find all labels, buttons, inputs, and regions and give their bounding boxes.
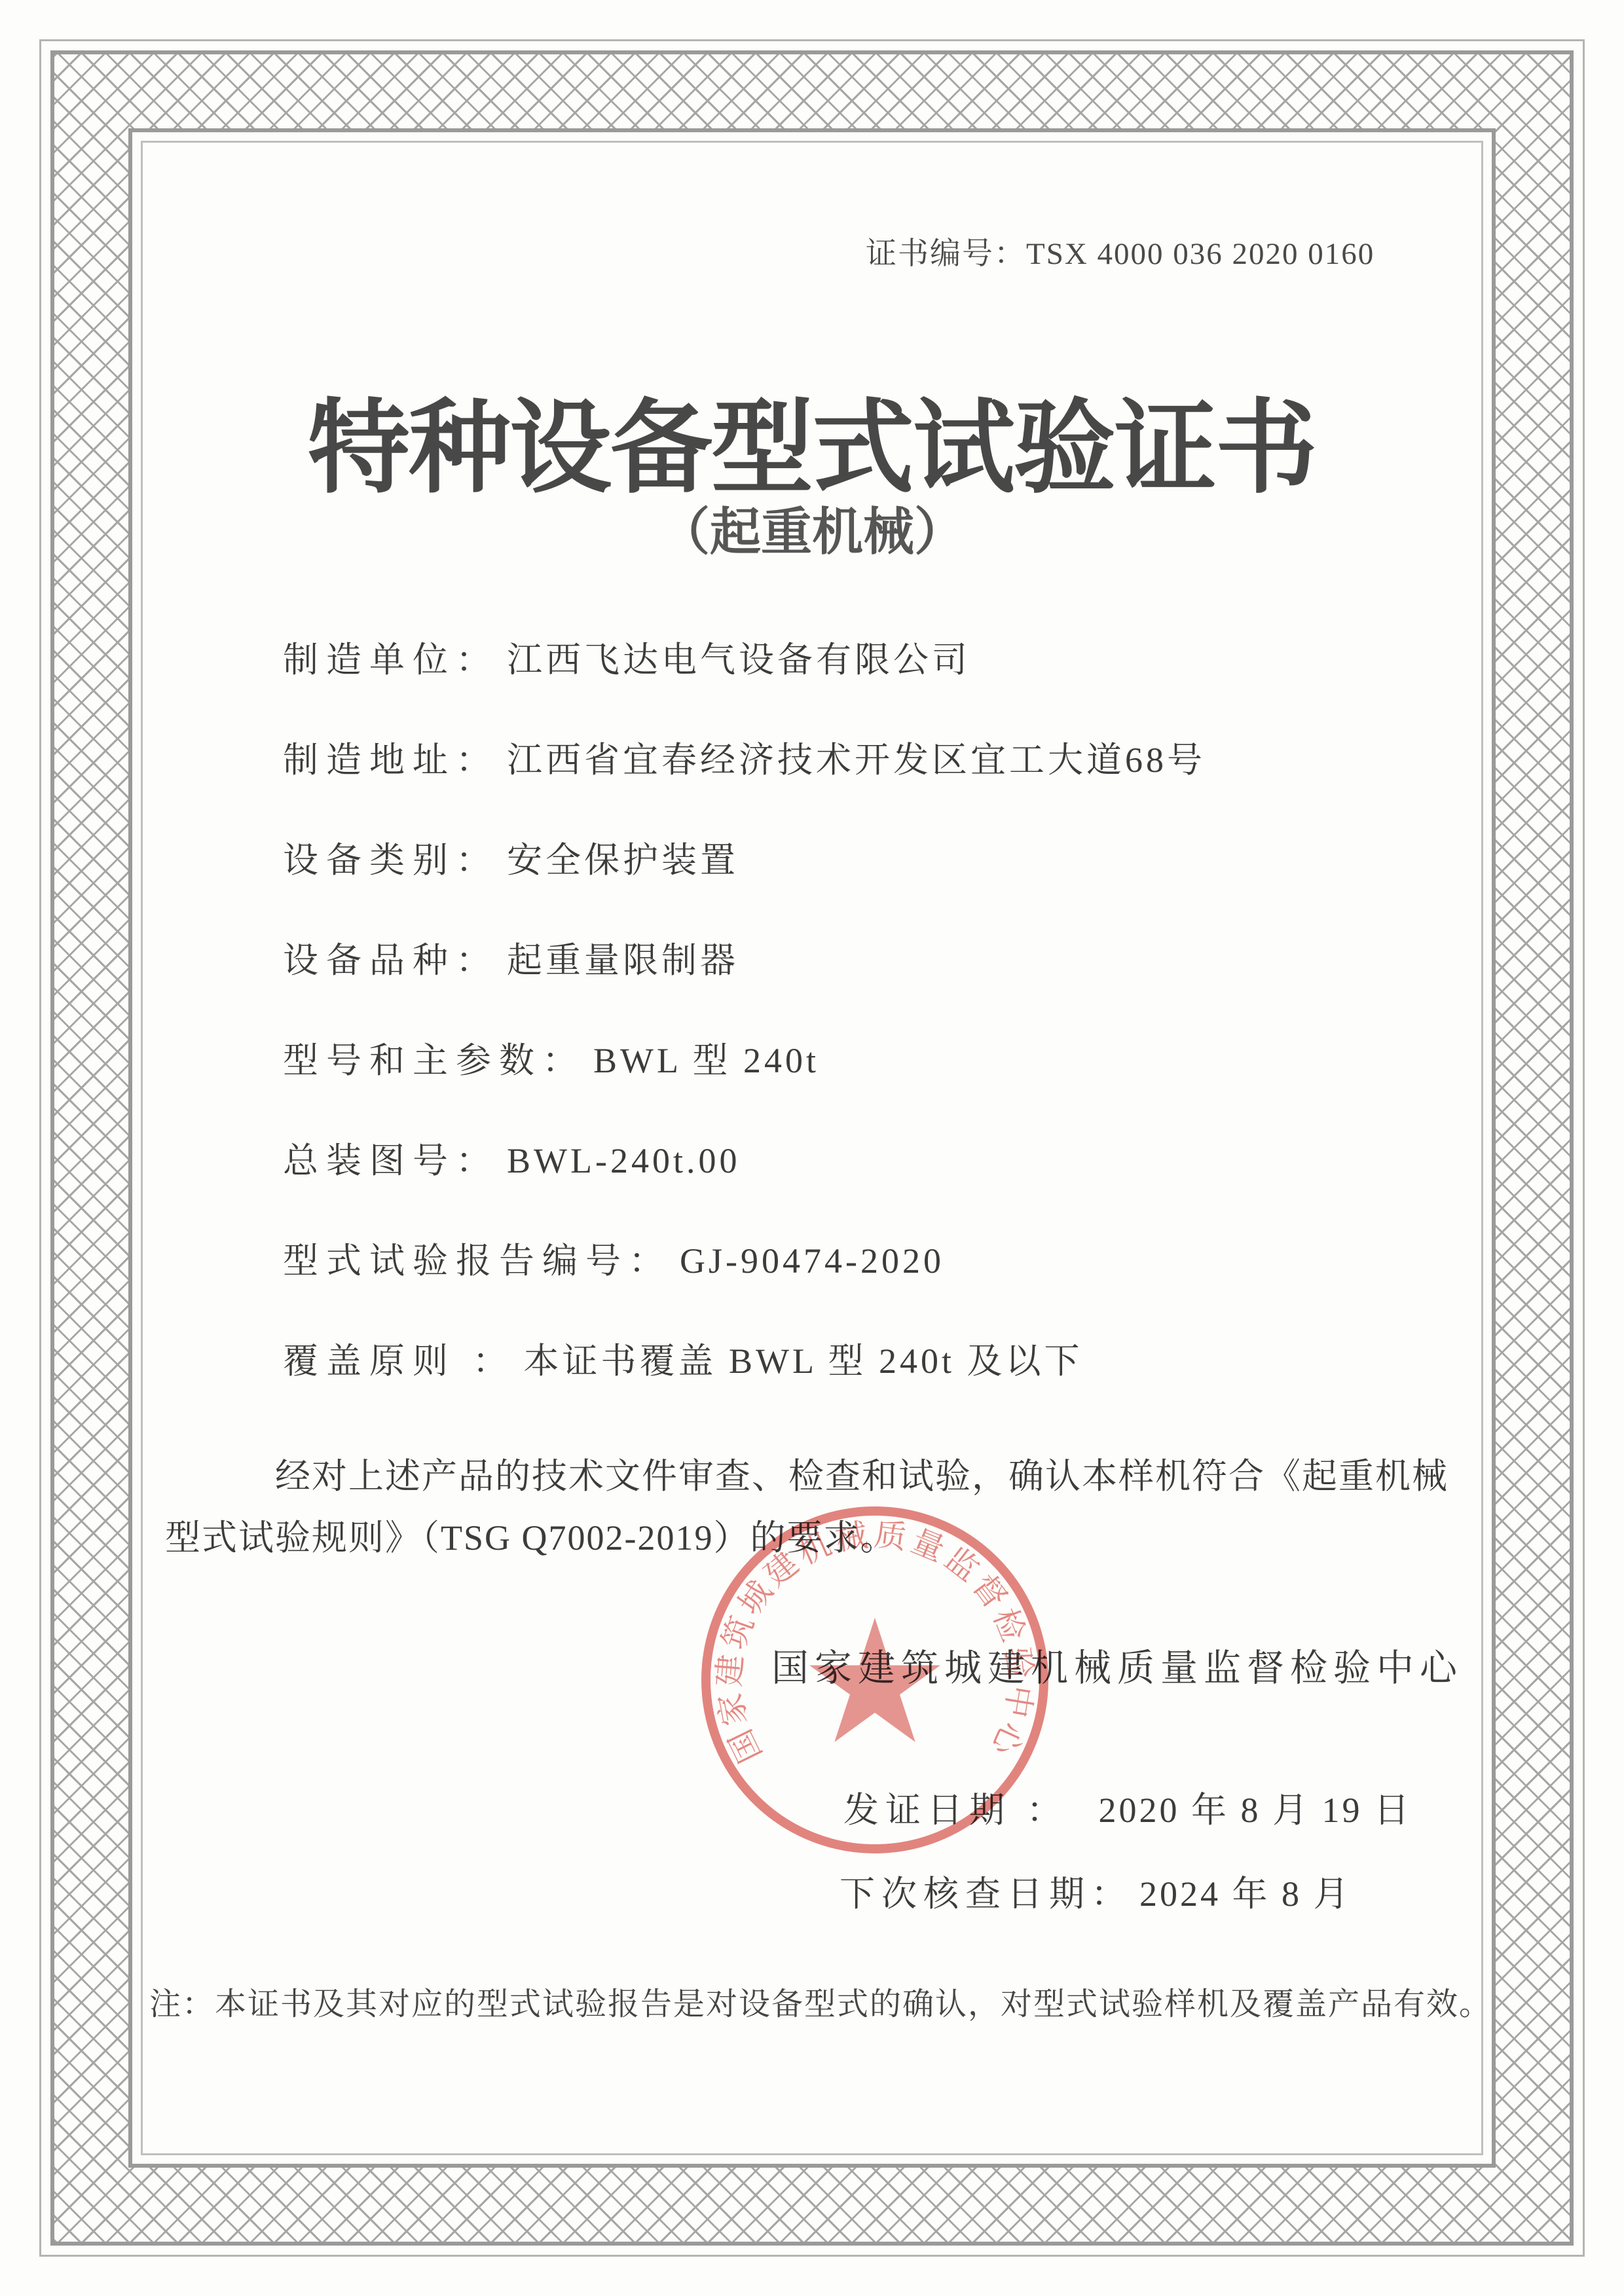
field-test-report-no-label: 型式试验报告编号： <box>283 1241 672 1281</box>
review-date-line: 下次核查日期：2024 年 8 月 <box>840 1866 1352 1916</box>
field-equipment-category-label: 设备类别： <box>283 841 499 880</box>
field-test-report-no-value: GJ-90474-2020 <box>680 1241 944 1281</box>
field-model-parameters-value: BWL 型 240t <box>593 1041 819 1080</box>
field-address: 制造地址：江西省宜春经济技术开发区宜工大道68号 <box>283 732 1480 832</box>
certificate-number-value: TSX 4000 036 2020 0160 <box>1026 237 1375 271</box>
field-equipment-variety: 设备品种：起重量限制器 <box>283 932 1480 1032</box>
issue-date-label: 发证日期 ： <box>843 1791 1069 1830</box>
field-coverage-principle-label: 覆盖原则 ： <box>283 1341 516 1381</box>
review-date-label: 下次核查日期： <box>840 1874 1133 1914</box>
field-manufacturer-value: 江西飞达电气设备有限公司 <box>507 640 970 680</box>
review-date-value: 2024 年 8 月 <box>1139 1874 1352 1914</box>
field-equipment-category-value: 安全保护装置 <box>507 841 739 880</box>
field-model-parameters-label: 型号和主参数： <box>283 1041 585 1080</box>
certificate-number: 证书编号：TSX 4000 036 2020 0160 <box>866 229 1375 273</box>
field-assembly-drawing-no: 总装图号：BWL-240t.00 <box>283 1133 1480 1233</box>
statement-line-1: 经对上述产品的技术文件审查、检查和试验，确认本样机符合《起重机械 <box>165 1455 1475 1499</box>
field-address-label: 制造地址： <box>283 740 499 780</box>
statement-line-2: 型式试验规则》（TSG Q7002-2019）的要求。 <box>165 1516 1475 1561</box>
field-coverage-principle: 覆盖原则 ：本证书覆盖 BWL 型 240t 及以下 <box>283 1333 1480 1433</box>
field-equipment-variety-value: 起重量限制器 <box>507 941 739 980</box>
certificate-number-label: 证书编号： <box>866 237 1026 271</box>
field-address-value: 江西省宜春经济技术开发区宜工大道68号 <box>507 740 1206 780</box>
field-coverage-principle-value: 本证书覆盖 BWL 型 240t 及以下 <box>524 1341 1083 1381</box>
page-subtitle: （起重机械） <box>0 491 1624 564</box>
field-manufacturer: 制造单位：江西飞达电气设备有限公司 <box>283 632 1480 732</box>
issue-date-value: 2020 年 8 月 19 日 <box>1099 1791 1412 1830</box>
field-model-parameters: 型号和主参数：BWL 型 240t <box>283 1032 1480 1133</box>
field-test-report-no: 型式试验报告编号：GJ-90474-2020 <box>283 1233 1480 1333</box>
field-assembly-drawing-no-value: BWL-240t.00 <box>507 1141 740 1180</box>
issue-date-line: 发证日期 ：2020 年 8 月 19 日 <box>843 1782 1412 1832</box>
field-assembly-drawing-no-label: 总装图号： <box>283 1141 499 1180</box>
field-list: 制造单位：江西飞达电气设备有限公司 制造地址：江西省宜春经济技术开发区宜工大道6… <box>283 632 1480 1433</box>
field-equipment-category: 设备类别：安全保护装置 <box>283 832 1480 932</box>
footer-note: 注：本证书及其对应的型式试验报告是对设备型式的确认，对型式试验样机及覆盖产品有效… <box>149 1978 1496 2024</box>
issuer-name: 国家建筑城建机械质量监督检验中心 <box>771 1638 1463 1692</box>
field-manufacturer-label: 制造单位： <box>283 640 499 680</box>
field-equipment-variety-label: 设备品种： <box>283 941 499 980</box>
certificate-page: 证书编号：TSX 4000 036 2020 0160 特种设备型式试验证书 （… <box>0 0 1624 2296</box>
